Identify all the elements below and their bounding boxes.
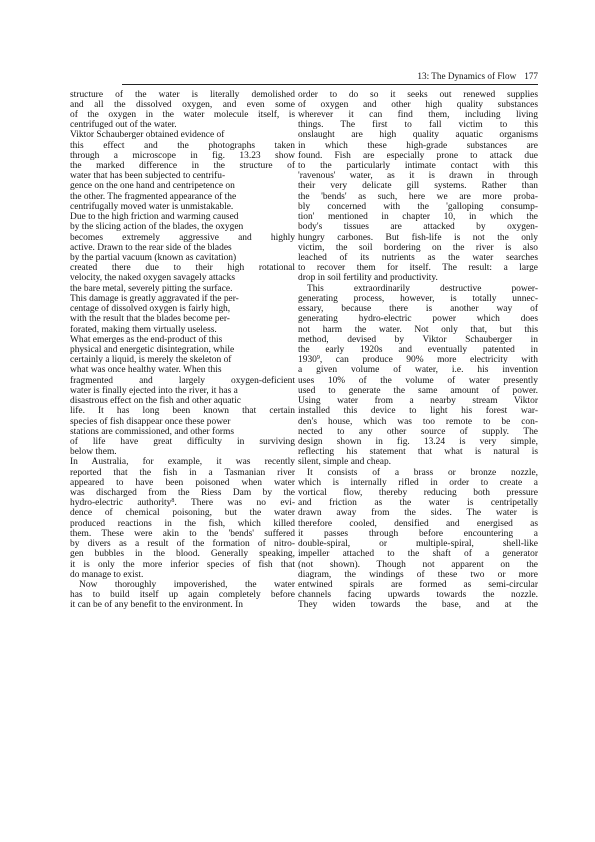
text-line: channels facing upwards towards the nozz… [298, 590, 538, 600]
text-line: with the result that the blades become p… [70, 314, 295, 324]
text-line: things. The first to fall victim to this [298, 120, 538, 130]
text-line: impeller attached to the shaft of a gene… [298, 549, 538, 559]
text-line: the other. The fragmented appearance of … [70, 192, 295, 202]
text-line: stations are commissioned, and other for… [70, 427, 295, 437]
text-line: drawn away from the sides. The water is [298, 508, 538, 518]
text-line: (not shown). Though not apparent on the [298, 560, 538, 570]
text-line: the 'bends' as such, here we are more pr… [298, 192, 538, 202]
text-line: active. Drawn to the rear side of the bl… [70, 243, 295, 253]
text-line: and all the dissolved oxygen, and even s… [70, 100, 295, 110]
text-line: produced reactions in the fish, which ki… [70, 519, 295, 529]
text-line: Viktor Schauberger obtained evidence of [70, 130, 295, 140]
text-line: appeared to have been poisoned when wate… [70, 478, 295, 488]
text-line: vortical flow, thereby reducing both pre… [298, 488, 538, 498]
text-line: and friction as the water is centripetal… [298, 498, 538, 508]
text-line: centrifugally moved water is unmistakabl… [70, 202, 295, 212]
text-line: They widen towards the base, and at the [298, 600, 538, 610]
text-line: to the particularly intimate contact wit… [298, 161, 538, 171]
text-line: bly concerned with the 'galloping consum… [298, 202, 538, 212]
text-line: species of fish disappear once these pow… [70, 417, 295, 427]
text-line: In Australia, for example, it was recent… [70, 457, 295, 467]
text-line: leached of its nutrients as the water se… [298, 253, 538, 263]
text-line: nected to any other source of supply. Th… [298, 427, 538, 437]
text-line: a given volume of water, i.e. his invent… [298, 365, 538, 375]
text-line: silent, simple and cheap. [298, 457, 538, 467]
text-line: reported that the fish in a Tasmanian ri… [70, 468, 295, 478]
text-line: life. It has long been known that certai… [70, 406, 295, 416]
text-line: velocity, the naked oxygen savagely atta… [70, 273, 295, 283]
text-line: through a microscope in fig. 13.23 show [70, 151, 295, 161]
left-column: structure of the water is literally demo… [70, 90, 295, 611]
text-line: method, devised by Viktor Schauberger in [298, 335, 538, 345]
text-line: installed this device to light his fores… [298, 406, 538, 416]
text-line: 'ravenous' water, as it is drawn in thro… [298, 171, 538, 181]
text-line: which is internally rifled in order to c… [298, 478, 538, 488]
text-line: drop in soil fertility and productivity. [298, 273, 538, 283]
text-line: This extraordinarily destructive power- [298, 284, 538, 294]
text-line: certainly a liquid, is merely the skelet… [70, 355, 295, 365]
text-line: structure of the water is literally demo… [70, 90, 295, 100]
text-line: order to do so it seeks out renewed supp… [298, 90, 538, 100]
right-column: order to do so it seeks out renewed supp… [298, 90, 538, 611]
text-line: fragmented and largely oxygen-deficient [70, 376, 295, 386]
text-line: found. Fish are especially prone to atta… [298, 151, 538, 161]
text-line: it can be of any benefit to the environm… [70, 600, 295, 610]
running-header: 13: The Dynamics of Flow177 [122, 71, 538, 85]
text-line: what was once healthy water. When this [70, 365, 295, 375]
text-line: physical and energetic disintegration, w… [70, 345, 295, 355]
text-line: of oxygen and other high quality substan… [298, 100, 538, 110]
text-line: wherever it can find them, including liv… [298, 110, 538, 120]
text-line: dence of chemical poisoning, but the wat… [70, 508, 295, 518]
text-line: has to build itself up again completely … [70, 590, 295, 600]
text-line: den's house, which was too remote to be … [298, 417, 538, 427]
text-line: water is finally ejected into the river,… [70, 386, 295, 396]
text-line: This damage is greatly aggravated if the… [70, 294, 295, 304]
text-line: in which these high-grade substances are [298, 141, 538, 151]
text-line: essary, because there is another way of [298, 304, 538, 314]
text-line: by divers as a result of the formation o… [70, 539, 295, 549]
text-line: tion' mentioned in chapter 10, in which … [298, 212, 538, 222]
text-line: generating process, however, is totally … [298, 294, 538, 304]
text-line: design shown in fig. 13.24 is very simpl… [298, 437, 538, 447]
text-line: What emerges as the end-product of this [70, 335, 295, 345]
text-line: generating hydro-electric power which do… [298, 314, 538, 324]
text-line: this effect and the photographs taken [70, 141, 295, 151]
page-number: 177 [524, 71, 538, 81]
text-line: 19309, can produce 90% more electricity … [298, 355, 538, 365]
text-line: the bare metal, severely pitting the sur… [70, 284, 295, 294]
text-line: used to generate the same amount of powe… [298, 386, 538, 396]
text-line: hydro-electric authority8. There was no … [70, 498, 295, 508]
text-line: their very delicate gill systems. Rather… [298, 181, 538, 191]
text-line: by the slicing action of the blades, the… [70, 222, 295, 232]
text-line: it is only the more inferior species of … [70, 560, 295, 570]
text-line: of the oxygen in the water molecule itse… [70, 110, 295, 120]
text-line: uses 10% of the volume of water presentl… [298, 376, 538, 386]
text-line: them. These were akin to the 'bends' suf… [70, 529, 295, 539]
text-line: Due to the high friction and warming cau… [70, 212, 295, 222]
text-line: Using water from a nearby stream Viktor [298, 396, 538, 406]
text-line: water that has been subjected to centrif… [70, 171, 295, 181]
text-line: of life have great difficulty in survivi… [70, 437, 295, 447]
text-line: Now thoroughly impoverished, the water [70, 580, 295, 590]
text-line: created there due to their high rotation… [70, 263, 295, 273]
running-title: 13: The Dynamics of Flow [417, 71, 516, 81]
text-line: diagram, the windings of these two or mo… [298, 570, 538, 580]
text-line: gence on the one hand and centripetence … [70, 181, 295, 191]
text-line: it passes through before encountering a [298, 529, 538, 539]
text-line: entwined spirals are formed as semi-circ… [298, 580, 538, 590]
text-line: victim, the soil bordering on the river … [298, 243, 538, 253]
text-line: double-spiral, or multiple-spiral, shell… [298, 539, 538, 549]
text-line: not harm the water. Not only that, but t… [298, 325, 538, 335]
text-line: was discharged from the Riess Dam by the [70, 488, 295, 498]
text-line: to recover them for itself. The result: … [298, 263, 538, 273]
text-line: the marked difference in the structure o… [70, 161, 295, 171]
text-line: forated, making them virtually useless. [70, 325, 295, 335]
text-line: body's tissues are attacked by oxygen- [298, 222, 538, 232]
text-line: do manage to exist. [70, 570, 295, 580]
text-line: below them. [70, 447, 295, 457]
text-line: disastrous effect on the fish and other … [70, 396, 295, 406]
text-line: centage of dissolved oxygen is fairly hi… [70, 304, 295, 314]
text-line: becomes extremely aggressive and highly [70, 233, 295, 243]
text-line: onslaught are high quality aquatic organ… [298, 130, 538, 140]
text-line: centrifuged out of the water. [70, 120, 295, 130]
text-line: It consists of a brass or bronze nozzle, [298, 468, 538, 478]
text-line: hungry carbones. But fish-life is not th… [298, 233, 538, 243]
text-line: therefore cooled, densified and energise… [298, 519, 538, 529]
text-line: reflecting his statement that what is na… [298, 447, 538, 457]
text-line: gen bubbles in the blood. Generally spea… [70, 549, 295, 559]
text-line: by the partial vacuum (known as cavitati… [70, 253, 295, 263]
text-line: the early 1920s and eventually patented … [298, 345, 538, 355]
